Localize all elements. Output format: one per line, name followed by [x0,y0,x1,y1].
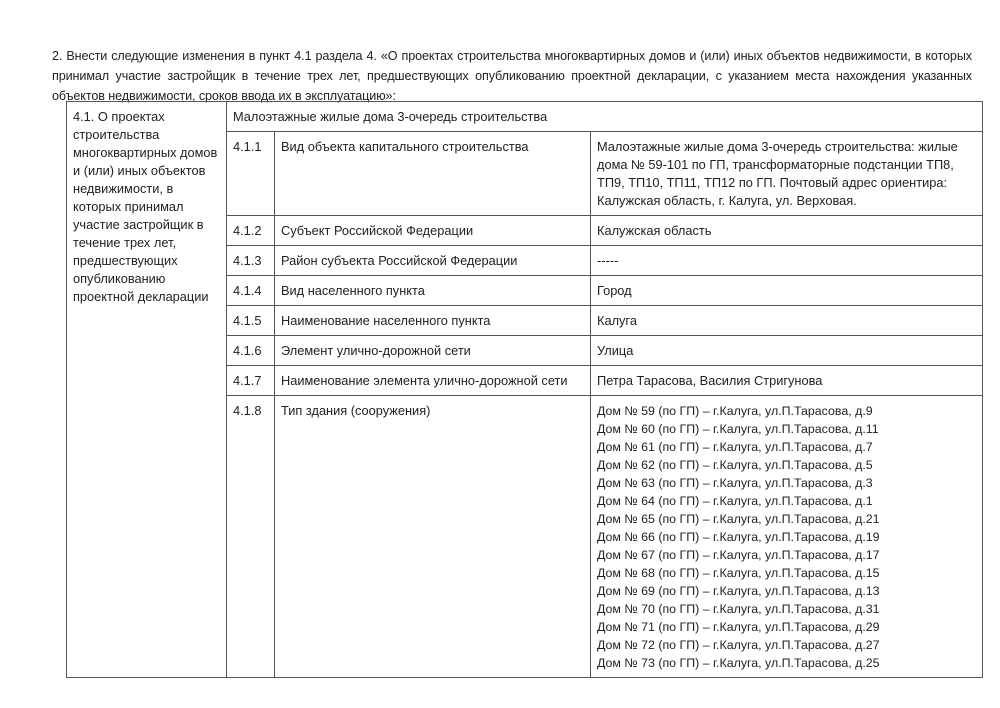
row-label: Район субъекта Российской Федерации [275,246,591,276]
address-line: Дом № 69 (по ГП) – г.Калуга, ул.П.Тарасо… [597,582,976,600]
address-line: Дом № 73 (по ГП) – г.Калуга, ул.П.Тарасо… [597,654,976,672]
row-value: Город [591,276,983,306]
address-line: Дом № 71 (по ГП) – г.Калуга, ул.П.Тарасо… [597,618,976,636]
row-number: 4.1.2 [227,216,275,246]
row-label: Элемент улично-дорожной сети [275,336,591,366]
address-line: Дом № 61 (по ГП) – г.Калуга, ул.П.Тарасо… [597,438,976,456]
row-number: 4.1.5 [227,306,275,336]
section-label-cell: 4.1. О проектах строительства многокварт… [67,102,227,678]
address-line: Дом № 64 (по ГП) – г.Калуга, ул.П.Тарасо… [597,492,976,510]
row-number: 4.1.7 [227,366,275,396]
address-line: Дом № 68 (по ГП) – г.Калуга, ул.П.Тарасо… [597,564,976,582]
row-value: Улица [591,336,983,366]
projects-table: 4.1. О проектах строительства многокварт… [66,101,983,678]
address-line: Дом № 60 (по ГП) – г.Калуга, ул.П.Тарасо… [597,420,976,438]
row-number: 4.1.4 [227,276,275,306]
row-label: Тип здания (сооружения) [275,396,591,678]
row-label: Субъект Российской Федерации [275,216,591,246]
row-value: Калужская область [591,216,983,246]
row-number: 4.1.1 [227,132,275,216]
row-label: Вид объекта капитального строительства [275,132,591,216]
row-value: ----- [591,246,983,276]
address-line: Дом № 65 (по ГП) – г.Калуга, ул.П.Тарасо… [597,510,976,528]
row-number: 4.1.8 [227,396,275,678]
address-line: Дом № 59 (по ГП) – г.Калуга, ул.П.Тарасо… [597,402,976,420]
address-line: Дом № 67 (по ГП) – г.Калуга, ул.П.Тарасо… [597,546,976,564]
group-title-cell: Малоэтажные жилые дома 3-очередь строите… [227,102,983,132]
building-list-cell: Дом № 59 (по ГП) – г.Калуга, ул.П.Тарасо… [591,396,983,678]
row-value: Калуга [591,306,983,336]
row-label: Вид населенного пункта [275,276,591,306]
address-line: Дом № 63 (по ГП) – г.Калуга, ул.П.Тарасо… [597,474,976,492]
row-number: 4.1.3 [227,246,275,276]
row-value: Петра Тарасова, Василия Стригунова [591,366,983,396]
row-label: Наименование населенного пункта [275,306,591,336]
address-line: Дом № 62 (по ГП) – г.Калуга, ул.П.Тарасо… [597,456,976,474]
row-number: 4.1.6 [227,336,275,366]
intro-paragraph: 2. Внести следующие изменения в пункт 4.… [52,46,972,106]
address-line: Дом № 72 (по ГП) – г.Калуга, ул.П.Тарасо… [597,636,976,654]
address-line: Дом № 66 (по ГП) – г.Калуга, ул.П.Тарасо… [597,528,976,546]
row-value: Малоэтажные жилые дома 3-очередь строите… [591,132,983,216]
row-label: Наименование элемента улично-дорожной се… [275,366,591,396]
address-line: Дом № 70 (по ГП) – г.Калуга, ул.П.Тарасо… [597,600,976,618]
table-header-row: 4.1. О проектах строительства многокварт… [67,102,983,132]
